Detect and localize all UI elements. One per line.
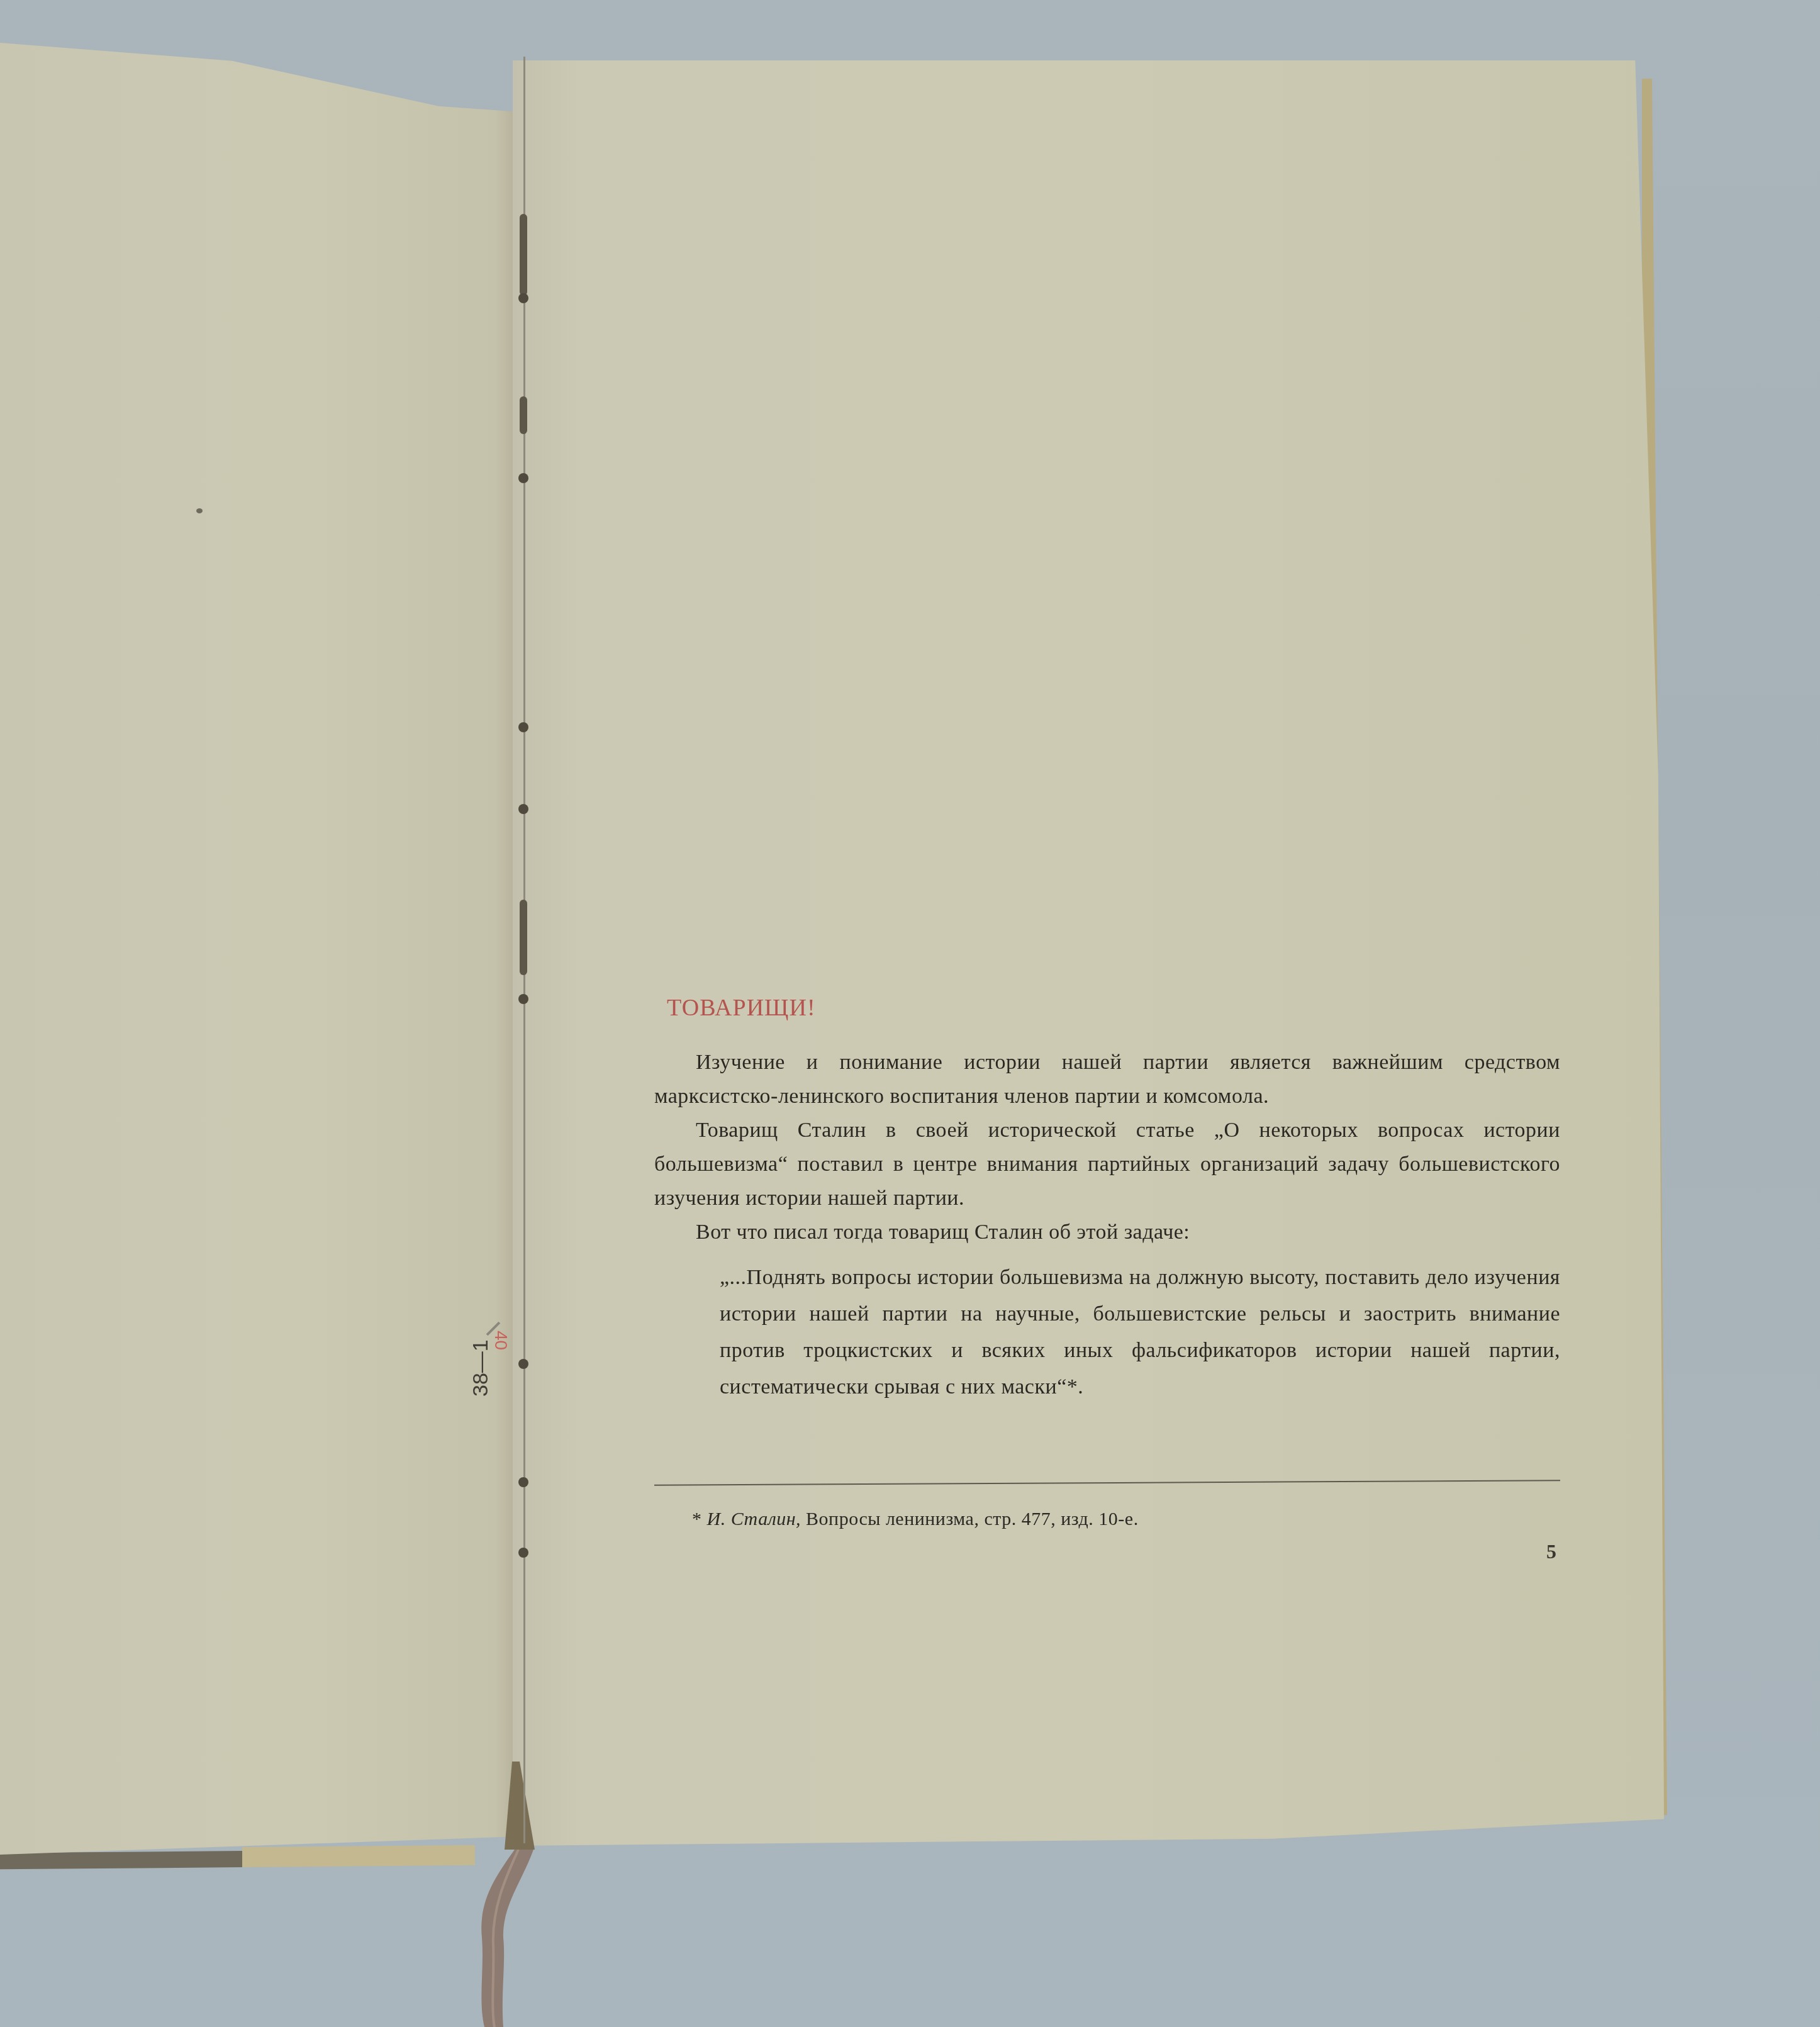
cover-light-band [242, 1845, 475, 1867]
footnote-marker: * [692, 1509, 702, 1529]
page-number: 5 [1546, 1540, 1556, 1563]
binding-stitch [520, 214, 527, 296]
paragraph-3: Вот что писал тогда товарищ Сталин об эт… [654, 1215, 1560, 1249]
signature-mark: 38—1 [469, 1339, 493, 1397]
binding-stitch [520, 396, 527, 434]
binding-knot [518, 804, 528, 814]
footnote: * И. Сталин, Вопросы ленинизма, стр. 477… [692, 1509, 1139, 1530]
block-quote: „...Поднять вопросы истории большевизма … [720, 1259, 1560, 1405]
left-page [0, 43, 516, 1855]
paper-speck [196, 508, 203, 513]
bookmark-ribbon [453, 1850, 554, 2027]
paragraph-2: Товарищ Сталин в своей исторической стат… [654, 1114, 1560, 1215]
footnote-text: Вопросы ленинизма, стр. 477, изд. 10-е. [806, 1509, 1139, 1529]
paragraph-1: Изучение и понимание истории нашей парти… [654, 1046, 1560, 1114]
binding-knot [518, 1477, 528, 1487]
cover-dark-band [0, 1851, 242, 1869]
binding-stitch [520, 900, 527, 975]
page-heading: ТОВАРИЩИ! [667, 994, 1560, 1022]
red-stamp-mark: 40 [491, 1331, 511, 1350]
binding-knot [518, 293, 528, 303]
binding-knot [518, 722, 528, 732]
binding-knot [518, 994, 528, 1004]
binding-knot [518, 473, 528, 483]
binding-knot [518, 1359, 528, 1369]
footnote-author: И. Сталин, [707, 1509, 801, 1529]
right-page [513, 60, 1664, 1846]
binding-knot [518, 1548, 528, 1558]
page-text-block: ТОВАРИЩИ! Изучение и понимание истории н… [654, 994, 1560, 1405]
